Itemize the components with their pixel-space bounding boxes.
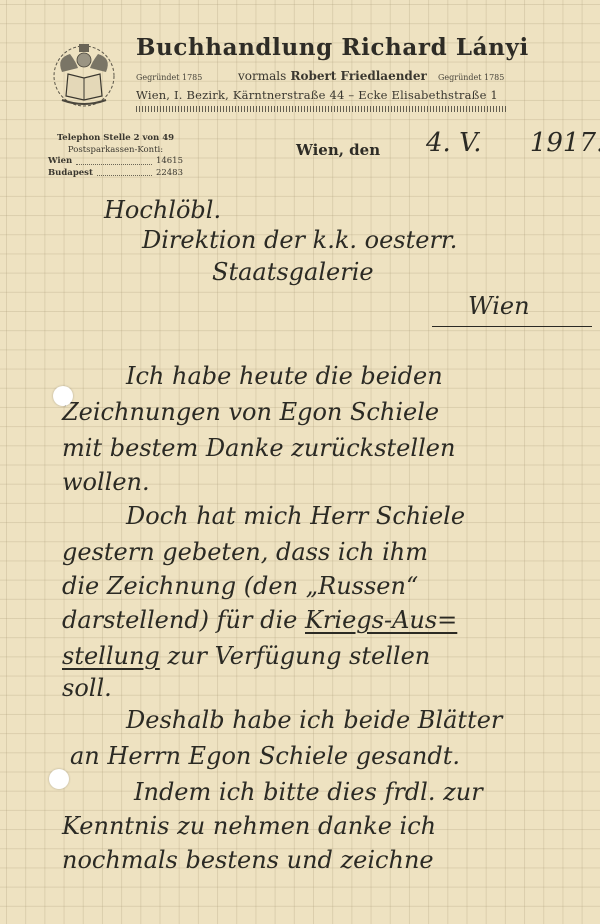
underlined-word: stellung [62,642,160,670]
account-number: 22483 [156,168,183,180]
recipient-line-1: Direktion der k.k. oesterr. [142,226,457,254]
body-line: die Zeichnung (den „Russen“ [62,572,418,600]
body-line: Kenntnis zu nehmen danke ich [62,812,436,840]
body-line: mit bestem Danke zurückstellen [62,434,455,462]
account-city: Budapest [48,168,93,180]
formerly-line: vormals Robert Friedlaender [238,69,427,83]
firm-address: Wien, I. Bezirk, Kärntnerstraße 44 – Eck… [136,88,498,102]
salutation: Hochlöbl. [104,196,221,224]
punch-hole [53,386,73,406]
book-angel-emblem-icon [48,38,120,110]
underlined-word: Kriegs-Aus= [305,606,457,634]
body-fragment: darstellend) für die [62,606,297,634]
leader-dots [76,156,152,165]
body-line: Deshalb habe ich beide Blätter [126,706,502,734]
body-line: wollen. [62,468,150,496]
body-line: Doch hat mich Herr Schiele [126,502,465,530]
date-year: 1917. [530,128,600,158]
letterhead-rule [136,106,508,112]
firm-name: Buchhandlung Richard Lányi [136,34,529,61]
formerly-name: Robert Friedlaender [290,69,426,83]
postal-savings-label: Postsparkassen-Konti: [48,145,183,157]
address-underline [432,326,592,327]
body-line: soll. [62,674,112,702]
printed-dateline: Wien, den [296,141,380,159]
recipient-line-2: Staatsgalerie [212,258,374,286]
telephone: Telephon Stelle 2 von 49 [48,133,183,145]
contact-block: Telephon Stelle 2 von 49 Postsparkassen-… [48,133,183,179]
body-line: Zeichnungen von Egon Schiele [62,398,439,426]
body-fragment: zur Verfügung stellen [167,642,430,670]
founded-right: Gegründet 1785 [438,73,504,82]
body-line: an Herrn Egon Schiele gesandt. [70,742,460,770]
body-line: gestern gebeten, dass ich ihm [62,538,428,566]
punch-hole [49,769,69,789]
body-line: darstellend) für die Kriegs-Aus= [62,606,457,634]
handwritten-date: 4. V. 1917. [426,128,600,158]
body-line: Indem ich bitte dies frdl. zur [134,778,483,806]
recipient-city: Wien [468,292,530,320]
date-day-month: 4. V. [426,128,482,158]
account-row: Budapest 22483 [48,168,183,180]
leader-dots [97,168,152,177]
body-line: stellung zur Verfügung stellen [62,642,430,670]
body-line: nochmals bestens und zeichne [62,846,434,874]
account-city: Wien [48,156,72,168]
account-number: 14615 [156,156,183,168]
body-line: Ich habe heute die beiden [126,362,443,390]
account-row: Wien 14615 [48,156,183,168]
formerly-label: vormals [238,69,286,83]
founded-left: Gegründet 1785 [136,73,202,82]
